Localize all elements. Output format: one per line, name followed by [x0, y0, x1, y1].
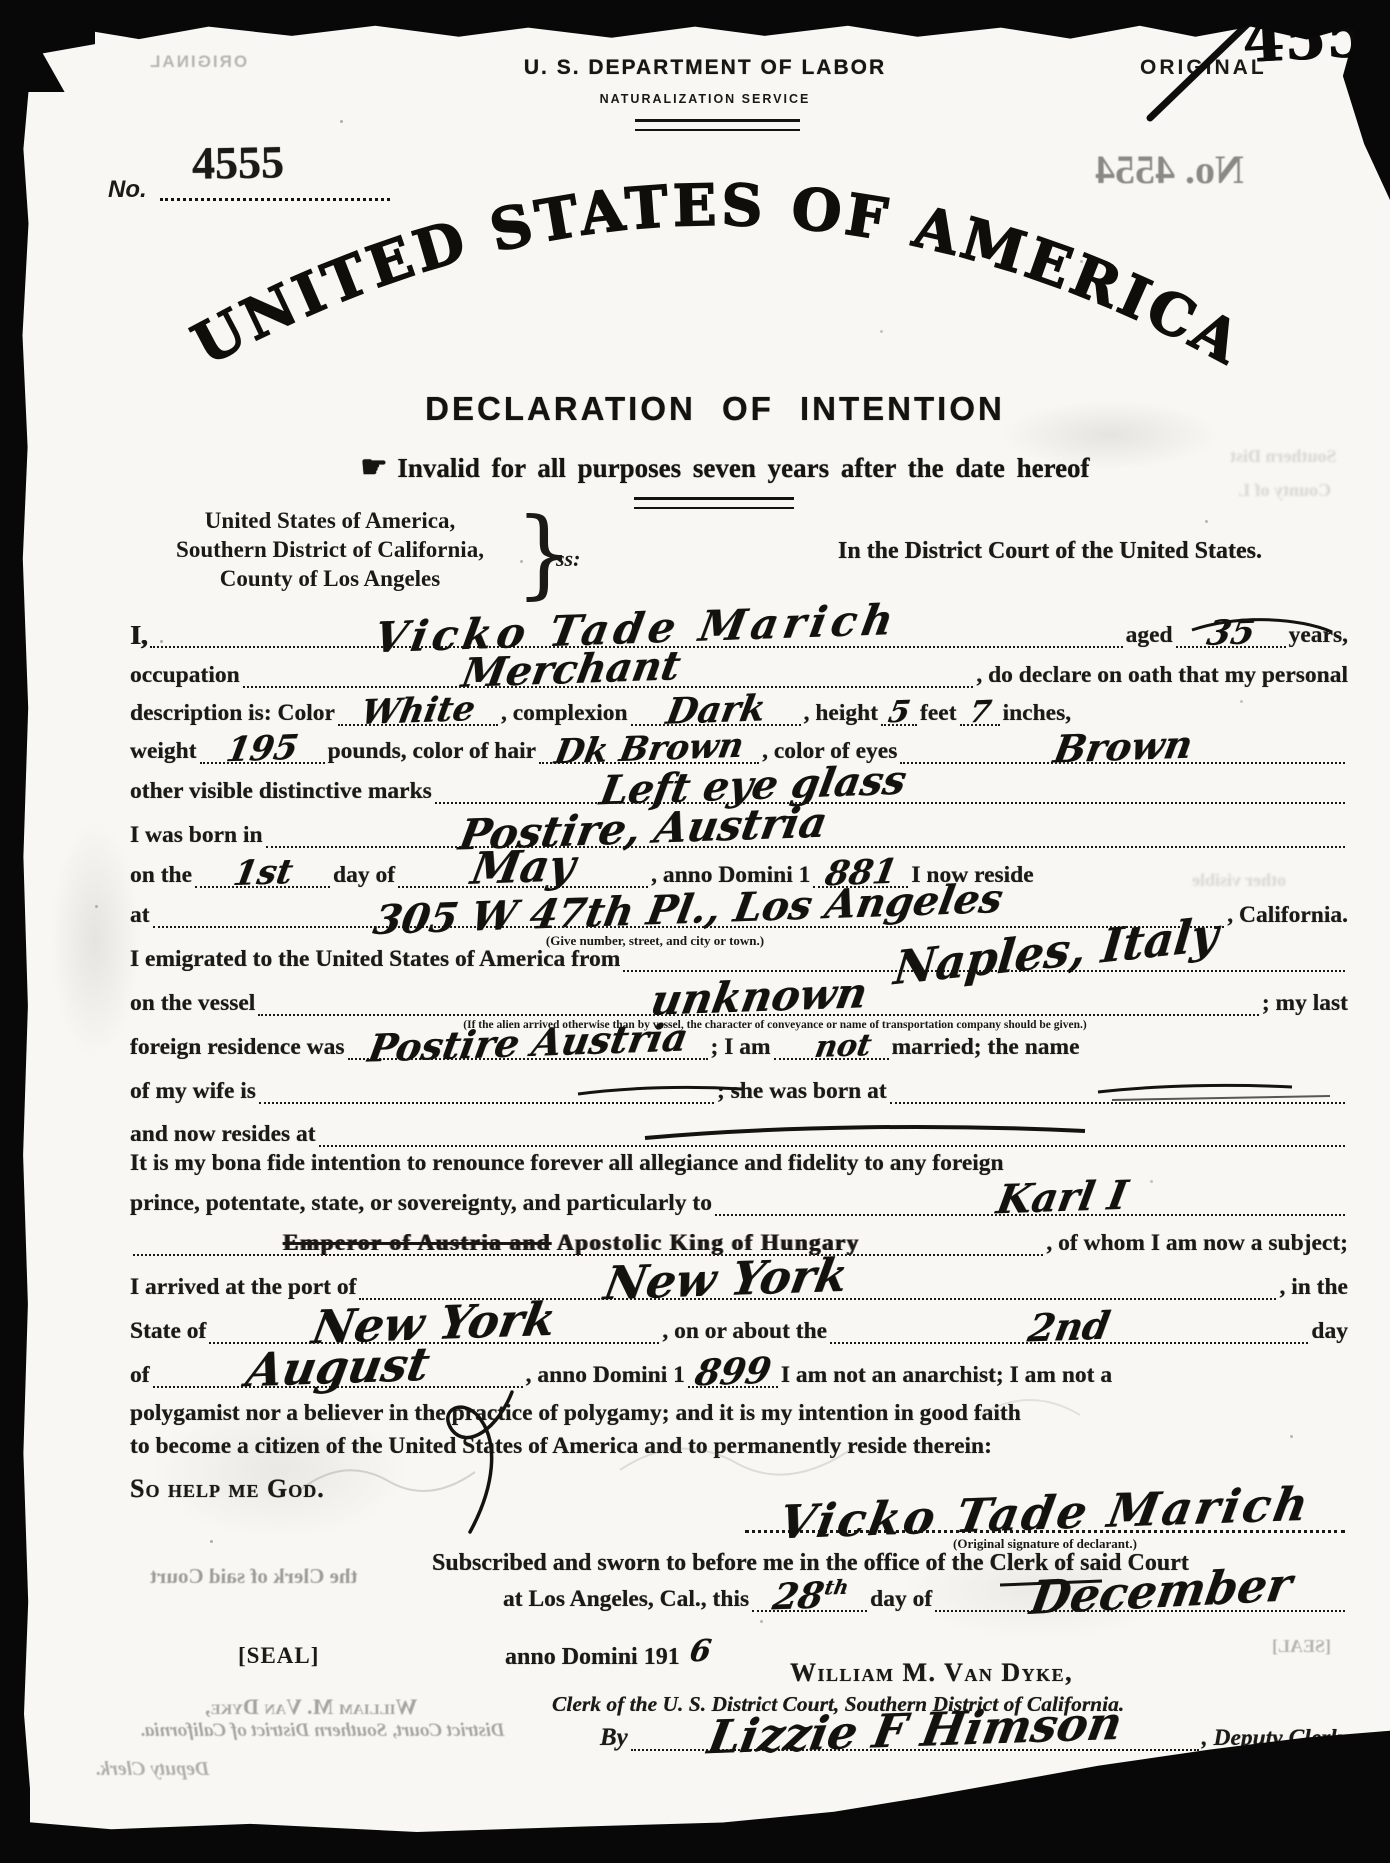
hair-field: Dk Brown [539, 738, 759, 764]
anarchist-rest: I am not an anarchist; I am not a [781, 1362, 1112, 1389]
emperor-stamp-struck: Emperor of Austria and [283, 1230, 551, 1255]
arc-title: UNITED STATES OF AMERICA [182, 172, 1254, 379]
weight-field: 195 [200, 738, 325, 764]
sovereign-handwriting: Karl I [993, 1176, 1130, 1221]
form-line-intention: It is my bona fide intention to renounce… [130, 1150, 1348, 1177]
color-field: White [338, 700, 498, 726]
ghost-clerk-title-mirrored: District Court, Southern District of Cal… [140, 1720, 505, 1742]
height-label: , height [804, 700, 878, 727]
form-line-port: I arrived at the port of New York , in t… [130, 1274, 1348, 1301]
sworn-line2-pre: at Los Angeles, Cal., this [503, 1586, 749, 1613]
complexion-label: , complexion [501, 700, 628, 727]
scan-border-top [0, 0, 1390, 46]
sworn-line2-mid: day of [870, 1586, 932, 1613]
age-handwriting: 35 [1204, 615, 1257, 651]
paper-smudge [50, 820, 140, 1060]
eyes-handwriting: Brown [1050, 725, 1194, 768]
inches-label: inches, [1003, 700, 1072, 727]
ghost-deputy-mirrored: Deputy Clerk. [95, 1758, 209, 1781]
ghost-original-mirrored: ORIGINAL [148, 52, 247, 72]
arrival-day-handwriting: 2nd [1026, 1306, 1113, 1347]
scan-border-left [0, 0, 30, 1863]
ghost-clerk-name-mirrored: William M. Van Dyke, [205, 1694, 418, 1720]
born-label: I was born in [130, 822, 263, 849]
married-status-field: not [774, 1034, 889, 1060]
last-residence-field: Postire Austria [348, 1034, 708, 1060]
complexion-handwriting: Dark [663, 690, 768, 730]
emigrated-label: I emigrated to the United States of Amer… [130, 946, 620, 973]
arrival-year-handwriting: 899 [692, 1353, 774, 1392]
ghost-fragment-3: other visible [1192, 870, 1286, 891]
deputy-signature-handwriting: Lizzie F Himson [704, 1700, 1125, 1761]
form-line-weight: weight 195 pounds, color of hair Dk Brow… [130, 738, 1348, 765]
form-line-citizen: to become a citizen of the United States… [130, 1433, 1348, 1460]
i-label: I, [130, 622, 147, 649]
description-label: description is: Color [130, 700, 335, 727]
anno-year-handwriting: 6 [687, 1634, 713, 1670]
vessel-field: unknown [258, 990, 1259, 1016]
clerk-name: William M. Van Dyke, [790, 1658, 1073, 1688]
form-line-wife-residence: and now resides at [130, 1121, 1348, 1148]
document-title: DECLARATION OF INTENTION [335, 390, 1095, 428]
pointing-hand-icon: ☛ [360, 451, 387, 484]
vessel-rest: ; my last [1262, 990, 1348, 1017]
day-of-label: day of [333, 862, 395, 889]
emperor-stamp-field: Emperor of Austria and Apostolic King of… [133, 1230, 1043, 1256]
wife-birthplace-field [890, 1078, 1345, 1104]
sworn-month-field: December [935, 1586, 1345, 1612]
residence-label: foreign residence was [130, 1034, 345, 1061]
form-line-occupation: occupation Merchant , do declare on oath… [130, 662, 1348, 689]
married-rest: married; the name [892, 1034, 1080, 1061]
form-line-vessel: on the vessel unknown ; my last [130, 990, 1348, 1017]
form-line-residence: foreign residence was Postire Austria ; … [130, 1034, 1348, 1061]
anno-domini-2-label: , anno Domini 1 [526, 1362, 685, 1389]
emigrated-from-field: Naples, Italy [623, 946, 1345, 972]
eyes-field: Brown [900, 738, 1345, 764]
arrival-year-field: 899 [688, 1362, 778, 1388]
arrival-month-handwriting: August [243, 1341, 433, 1394]
validity-notice-text: Invalid for all purposes seven years aft… [397, 453, 1089, 483]
occupation-field: Merchant [243, 662, 974, 688]
form-line-polygamist: polygamist nor a believer in the practic… [130, 1400, 1348, 1427]
occupation-label: occupation [130, 662, 240, 689]
in-the-label: , in the [1279, 1274, 1348, 1301]
occupation-rest: , do declare on oath that my personal [976, 662, 1348, 689]
of-label: of [130, 1362, 150, 1389]
weight-label: weight [130, 738, 197, 765]
faint-scribble-1 [300, 1470, 475, 1491]
deputy-signature-field: Lizzie F Himson [631, 1725, 1199, 1751]
validity-notice: ☛Invalid for all purposes seven years af… [95, 450, 1355, 485]
on-the-label: on the [130, 862, 192, 889]
last-residence-handwriting: Postire Austria [365, 1018, 690, 1067]
anno-label: anno Domini 191 [505, 1644, 680, 1671]
form-line-arrival-date: of August , anno Domini 1 899 I am not a… [130, 1362, 1348, 1389]
wife-name-field [259, 1078, 714, 1104]
married-status-handwriting: not [812, 1031, 873, 1063]
jurisdiction-line1: United States of America, [140, 506, 520, 535]
age-field: 35 [1176, 622, 1286, 648]
birth-month-field: May [398, 862, 648, 888]
mid-rule [634, 497, 794, 509]
prince-label: prince, potentate, state, or sovereignty… [130, 1190, 712, 1217]
so-help-me-god: So help me God. [130, 1474, 325, 1504]
inches-handwriting: 7 [966, 698, 992, 729]
jurisdiction-block: United States of America, Southern Distr… [140, 506, 520, 593]
feet-handwriting: 5 [886, 698, 912, 729]
wife-label: of my wife is [130, 1078, 256, 1105]
state-field: New York [209, 1318, 659, 1344]
pounds-label: pounds, color of hair [328, 738, 537, 765]
arrived-label: I arrived at the port of [130, 1274, 356, 1301]
feet-label: feet [920, 700, 957, 727]
by-label: By [600, 1724, 628, 1752]
ghost-fragment-2: County of L [1238, 480, 1331, 501]
sworn-day-field: 28th [752, 1586, 867, 1612]
years-label: years, [1289, 622, 1348, 649]
sworn-month-handwriting: December [1027, 1561, 1295, 1621]
form-line-emigrated: I emigrated to the United States of Amer… [130, 946, 1348, 973]
ss-label: ss: [556, 546, 580, 572]
california-label: , California. [1227, 902, 1348, 929]
birth-month-handwriting: May [468, 844, 579, 892]
marks-field: Left eye glass [435, 778, 1345, 804]
form-line-name: I, Vicko Tade Marich aged 35 years, [130, 622, 1348, 649]
jurisdiction-line3: County of Los Angeles [140, 564, 520, 593]
at-label: at [130, 902, 150, 929]
polygamist-text: polygamist nor a believer in the practic… [130, 1400, 1021, 1427]
aged-label: aged [1126, 622, 1173, 649]
form-line-birthplace: I was born in Postire, Austria [130, 822, 1348, 849]
sworn-day-handwriting: 28th [770, 1577, 850, 1616]
color-handwriting: White [358, 692, 477, 730]
feet-field: 5 [881, 700, 917, 726]
sworn-day-suffix: th [822, 1575, 850, 1600]
marks-label: other visible distinctive marks [130, 778, 432, 805]
sovereign-field: Karl I [715, 1190, 1345, 1216]
i-am-label: ; I am [711, 1034, 771, 1061]
intention-text: It is my bona fide intention to renounce… [130, 1150, 1004, 1177]
citizen-text: to become a citizen of the United States… [130, 1433, 992, 1460]
birthplace-field: Postire, Austria [266, 822, 1345, 848]
occupation-handwriting: Merchant [459, 646, 684, 694]
vessel-label: on the vessel [130, 990, 255, 1017]
form-line-sovereign: prince, potentate, state, or sovereignty… [130, 1190, 1348, 1217]
wife-residence-field [319, 1121, 1345, 1147]
form-line-wife: of my wife is ; she was born at [130, 1078, 1348, 1105]
wife-born-label: ; she was born at [717, 1078, 887, 1105]
department-heading: U. S. DEPARTMENT OF LABOR [380, 56, 1030, 80]
resides-label: and now resides at [130, 1121, 316, 1148]
sworn-line2: at Los Angeles, Cal., this 28th day of D… [503, 1586, 1348, 1613]
declarant-signature-line: Vicko Tade Marich [745, 1496, 1345, 1533]
scanned-document-page: ORIGINAL U. S. DEPARTMENT OF LABOR NATUR… [0, 0, 1390, 1863]
court-heading: In the District Court of the United Stat… [838, 538, 1262, 565]
sworn-day-value: 28 [769, 1574, 827, 1618]
weight-handwriting: 195 [224, 731, 301, 768]
service-heading: NATURALIZATION SERVICE [380, 92, 1030, 106]
on-or-about-label: , on or about the [662, 1318, 827, 1345]
arrival-month-field: August [153, 1362, 523, 1388]
seal-label: [SEAL] [238, 1643, 319, 1669]
header-rule [635, 119, 800, 131]
arrival-day-field: 2nd [830, 1318, 1308, 1344]
complexion-field: Dark [631, 700, 801, 726]
birth-day-field: 1st [195, 862, 330, 888]
svg-text:UNITED STATES OF AMERICA: UNITED STATES OF AMERICA [182, 172, 1254, 379]
port-handwriting: New York [601, 1252, 852, 1307]
jurisdiction-line2: Southern District of California, [140, 535, 520, 564]
ghost-court-mirrored: the Clerk of said Court [150, 1564, 358, 1589]
state-label: State of [130, 1318, 206, 1345]
subject-rest: , of whom I am now a subject; [1046, 1230, 1348, 1257]
ghost-seal-mirrored: [SEAL] [1272, 1636, 1331, 1657]
birth-day-handwriting: 1st [230, 855, 295, 891]
ghost-fragment-1: Southern Dist [1230, 446, 1337, 467]
day-label: day [1311, 1318, 1348, 1345]
inches-field: 7 [960, 700, 1000, 726]
